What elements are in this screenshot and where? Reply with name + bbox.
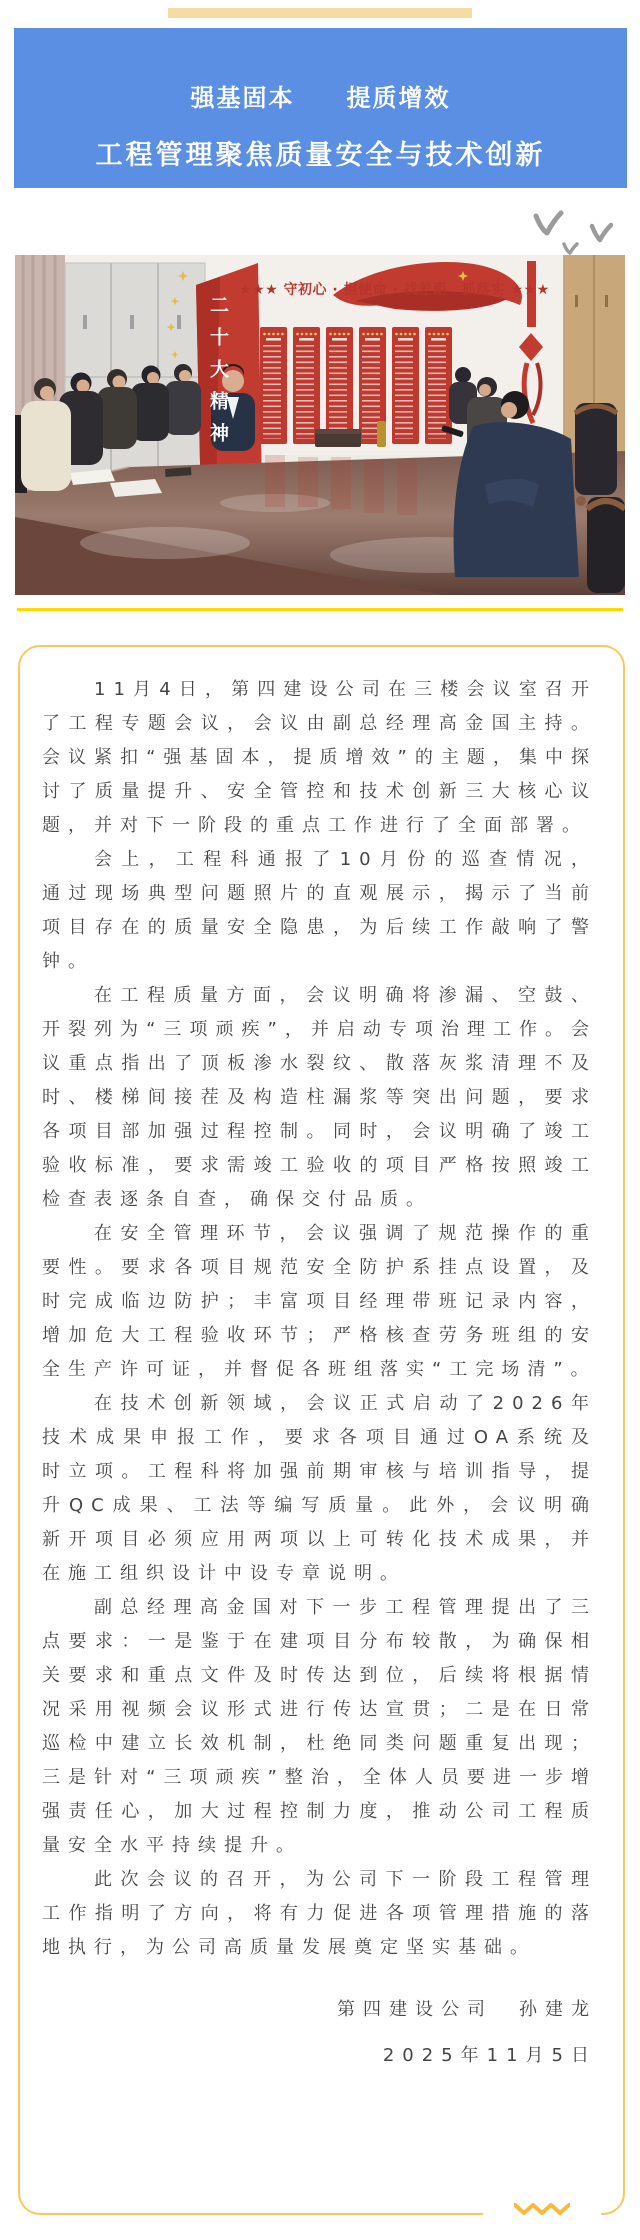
paragraph: 此次会议的召开，为公司下一阶段工程管理工作指明了方向，将有力促进各项管理措施的落… xyxy=(42,1863,597,1965)
signature: 第四建设公司 孙建龙 xyxy=(42,1987,597,2033)
paragraph: 会上，工程科通报了10月份的巡查情况，通过现场典型问题照片的直观展示，揭示了当前… xyxy=(42,843,597,979)
article-card: 11月4日，第四建设公司在三楼会议室召开了工程专题会议，会议由副总经理高金国主持… xyxy=(18,645,625,2215)
zigzag-icon xyxy=(483,2200,601,2218)
yellow-divider xyxy=(17,608,623,611)
date: 2025年11月5日 xyxy=(42,2033,597,2079)
paragraph: 副总经理高金国对下一步工程管理提出了三点要求：一是鉴于在建项目分布较散，为确保相… xyxy=(42,1591,597,1863)
title-banner: 强基固本 提质增效 工程管理聚焦质量安全与技术创新 xyxy=(14,28,627,188)
title-line-2: 工程管理聚焦质量安全与技术创新 xyxy=(14,112,627,172)
vertical-banner-text: 二十大精神 xyxy=(205,295,231,455)
wall-slogan: ★★★ 守初心 · 担使命 · 找差距 抓落实 ★★★ xyxy=(239,279,550,299)
bird-arrows-icon xyxy=(530,208,625,260)
top-accent-bar xyxy=(168,8,472,18)
paragraph: 在技术创新领域，会议正式启动了2026年技术成果申报工作，要求各项目通过OA系统… xyxy=(42,1387,597,1591)
paragraph: 在工程质量方面，会议明确将渗漏、空鼓、开裂列为“三项顽疾”，并启动专项治理工作。… xyxy=(42,979,597,1217)
paragraph: 在安全管理环节，会议强调了规范操作的重要性。要求各项目规范安全防护系挂点设置，及… xyxy=(42,1217,597,1387)
paragraph: 11月4日，第四建设公司在三楼会议室召开了工程专题会议，会议由副总经理高金国主持… xyxy=(42,673,597,843)
title-line-1: 强基固本 提质增效 xyxy=(14,28,627,112)
meeting-photo[interactable]: ★★★ 守初心 · 担使命 · 找差距 抓落实 ★★★ 二十大精神 xyxy=(15,255,625,595)
article-page: 强基固本 提质增效 工程管理聚焦质量安全与技术创新 xyxy=(0,0,640,2240)
